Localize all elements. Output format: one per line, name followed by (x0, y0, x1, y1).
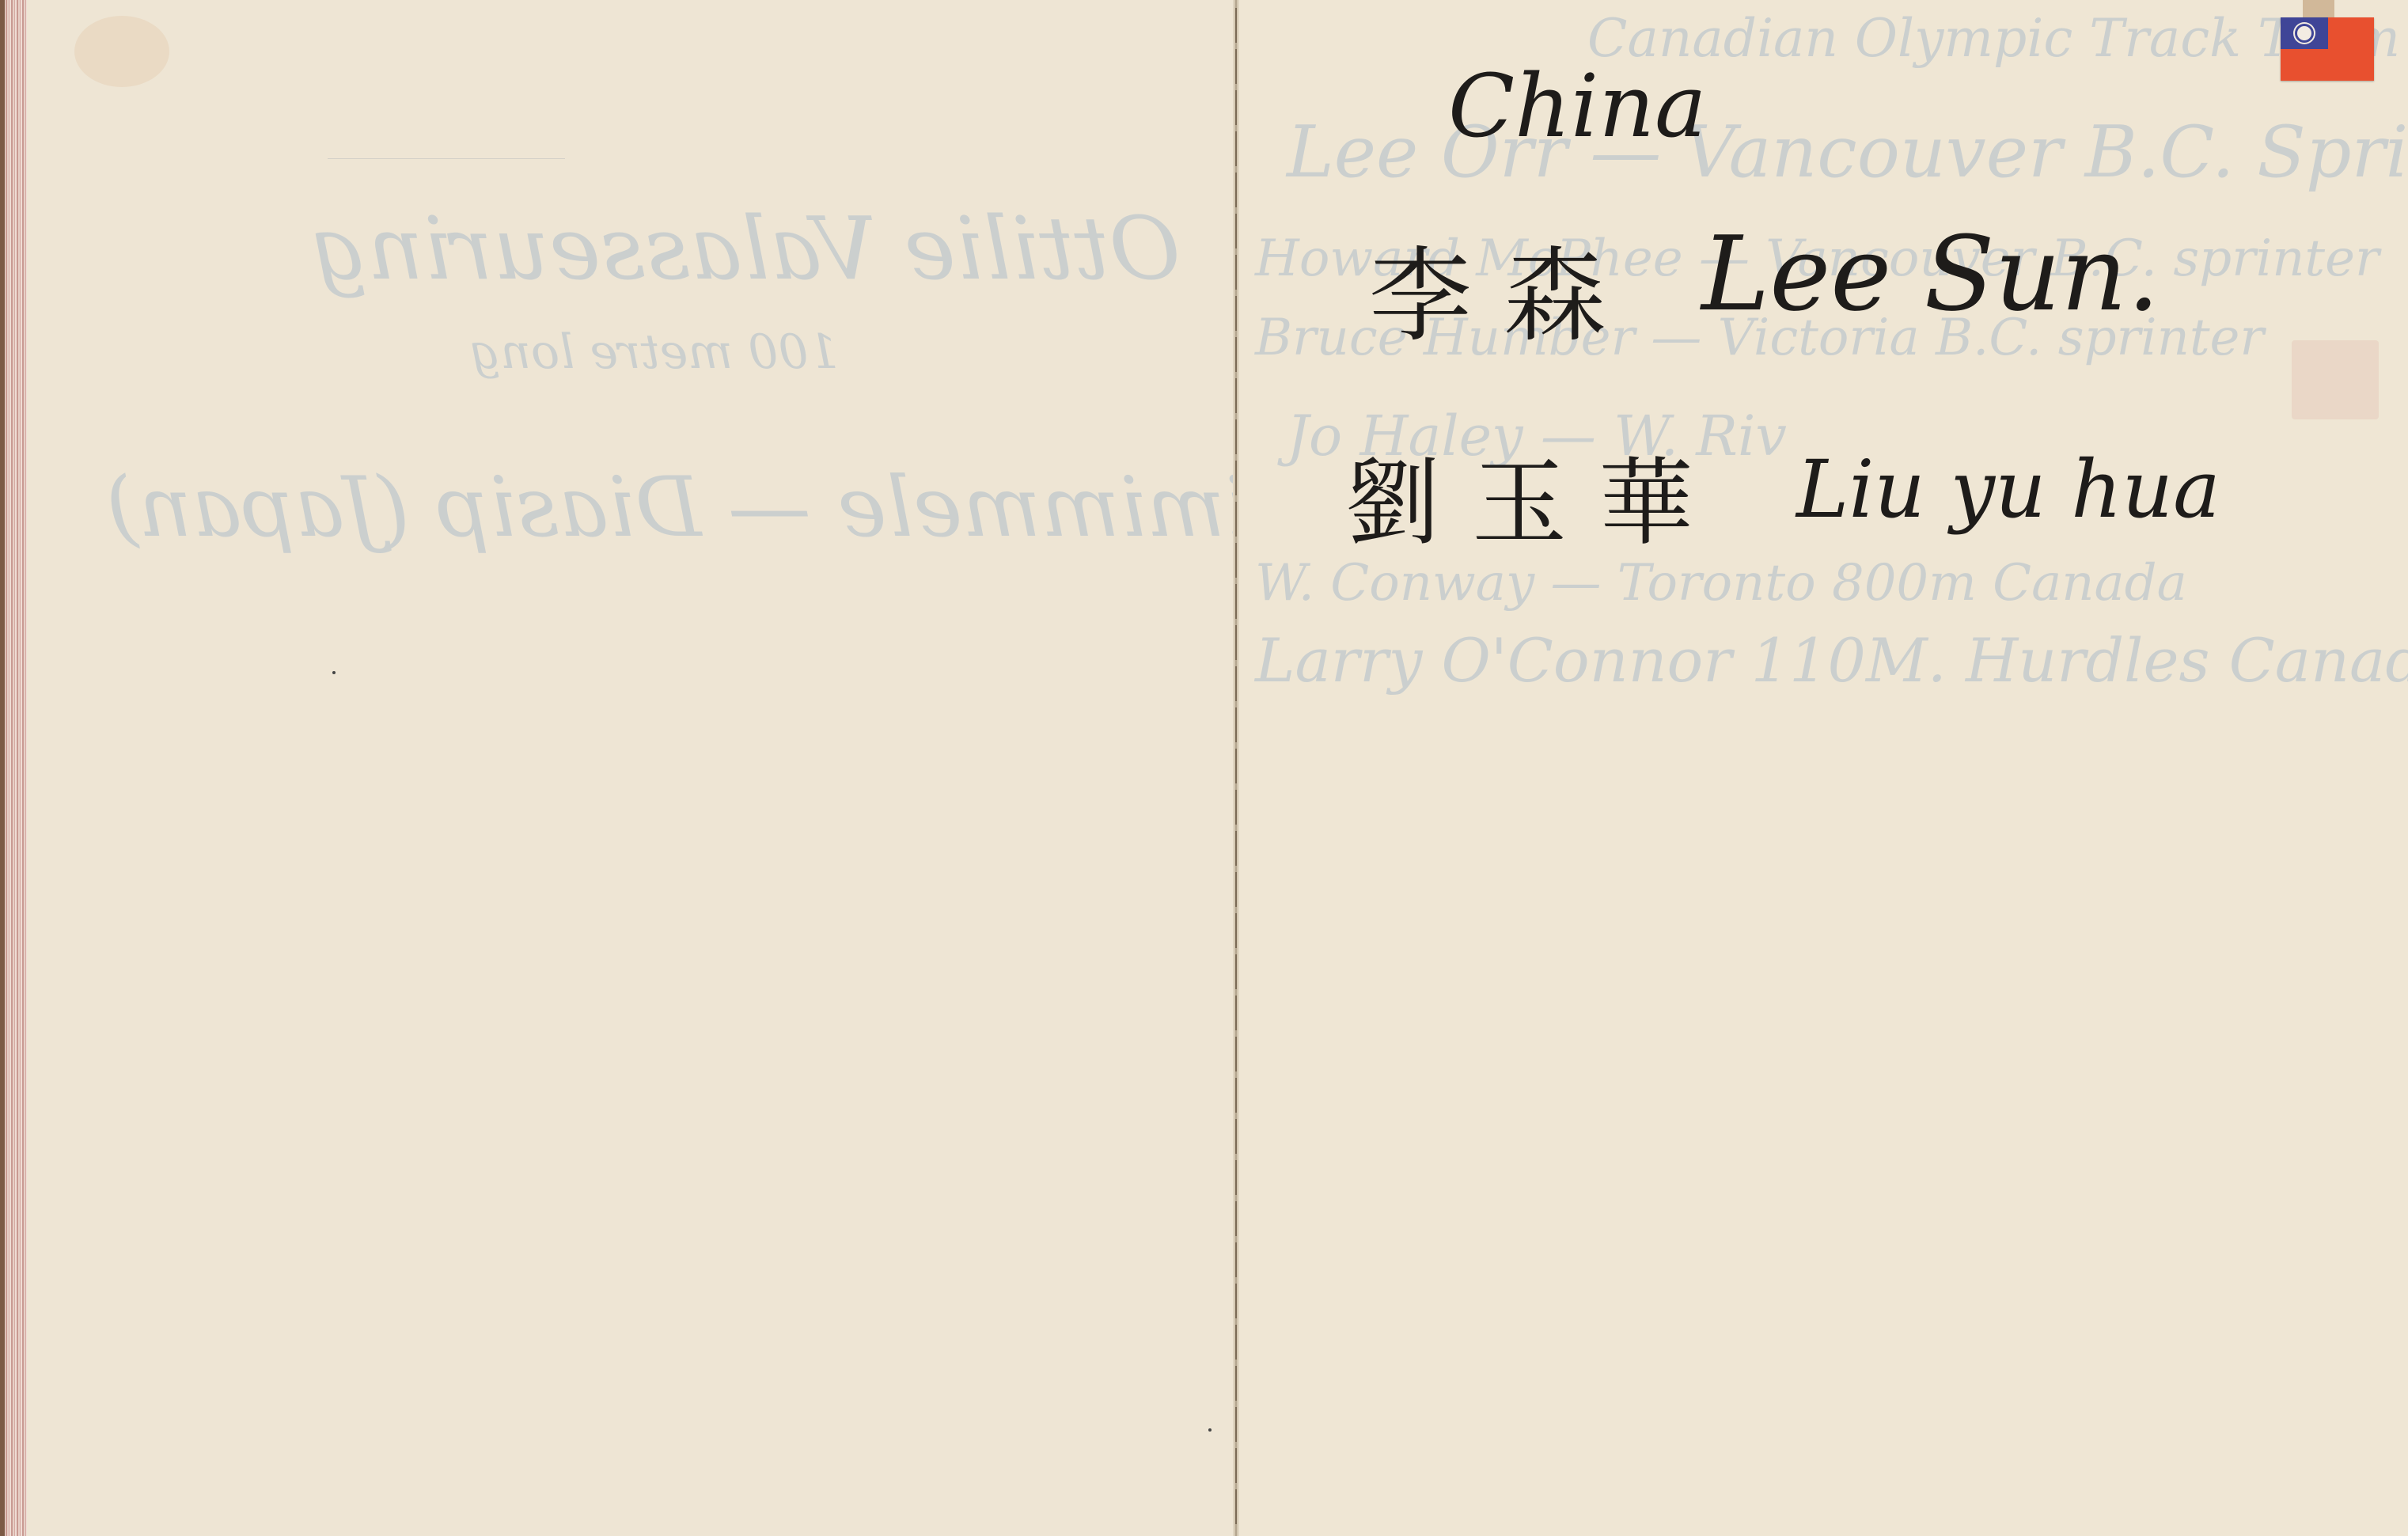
paper-stain (2292, 340, 2379, 419)
book-spine-stitching (1233, 0, 1239, 1536)
country-heading: China (1448, 55, 1707, 157)
roc-flag-sticker (2281, 17, 2374, 81)
left-page: Ottilie Valasseuring 100 metre long Dr. … (27, 0, 1236, 1536)
tape (2303, 0, 2334, 19)
signature-romanized: Lee Sun. (1701, 214, 2160, 334)
ink-speck (332, 671, 336, 674)
book-spread: Ottilie Valasseuring 100 metre long Dr. … (0, 0, 2408, 1536)
signature-romanized: Liu yu hua (1796, 443, 2220, 536)
bleed-through-line: Canadian Olympic Track Team (1587, 8, 2400, 69)
bleed-through-line: Ottilie Valasseuring (312, 198, 1181, 299)
pencil-line (328, 158, 565, 159)
signature-chinese: 劉玉華 (1345, 427, 1725, 563)
ink-speck (1208, 1428, 1212, 1432)
flag-canton (2281, 17, 2328, 49)
bleed-through-line: Larry O'Connor 110M. Hurdles Canada (1255, 625, 2408, 696)
bleed-through-line: 100 metre long (470, 324, 839, 380)
signature-chinese: 李森 (1369, 214, 1638, 362)
paper-stain (74, 16, 169, 87)
sun-icon (2297, 26, 2311, 40)
page-edges (0, 0, 28, 1536)
